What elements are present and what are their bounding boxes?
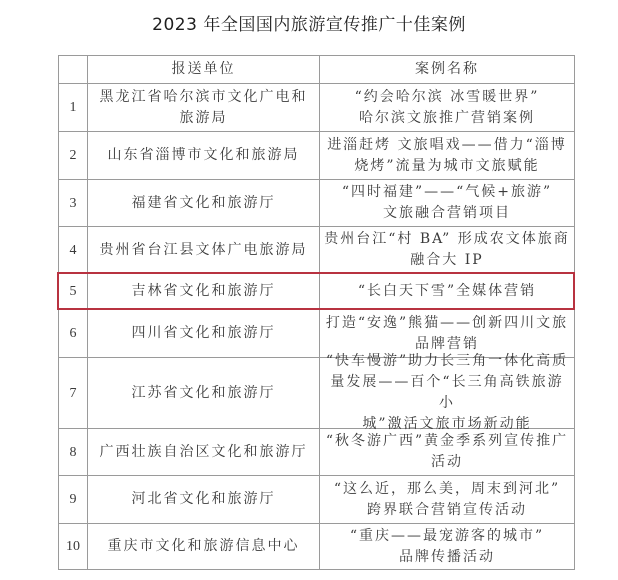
unit-text: 吉林省文化和旅游厅 [132,281,276,302]
row-unit: 河北省文化和旅游厅 [88,476,320,523]
case-line: 哈尔滨文旅推广营销案例 [359,108,535,129]
row-case: “这么近，那么美，周末到河北” 跨界联合营销宣传活动 [320,476,574,523]
table-row-highlighted: 5 吉林省文化和旅游厅 “长白天下雪”全媒体营销 [59,274,574,310]
unit-text: 广西壮族自治区文化和旅游厅 [100,442,308,463]
row-unit: 吉林省文化和旅游厅 [88,274,320,309]
row-unit: 四川省文化和旅游厅 [88,310,320,357]
header-num [59,56,88,83]
header-case: 案例名称 [320,56,574,83]
row-case: 进淄赶烤 文旅唱戏——借力“淄博 烧烤”流量为城市文旅赋能 [320,132,574,179]
row-case: 打造“安逸”熊猫——创新四川文旅 品牌营销 [320,310,574,357]
unit-text: 河北省文化和旅游厅 [132,489,276,510]
row-num: 3 [59,180,88,226]
row-num: 8 [59,429,88,475]
row-num: 1 [59,84,88,131]
case-line: “快车慢游”助力长三角一体化高质 [326,351,568,372]
row-case: 贵州台江“村 BA” 形成农文体旅商 融合大 IP [320,227,574,273]
table-row: 1 黑龙江省哈尔滨市文化广电和旅游局 “约会哈尔滨 冰雪暖世界” 哈尔滨文旅推广… [59,84,574,132]
table-row: 2 山东省淄博市文化和旅游局 进淄赶烤 文旅唱戏——借力“淄博 烧烤”流量为城市… [59,132,574,180]
row-num: 2 [59,132,88,179]
page-title: 2023 年全国国内旅游宣传推广十佳案例 [0,10,618,35]
unit-text: 重庆市文化和旅游信息中心 [108,536,300,557]
case-line: 贵州台江“村 BA” 形成农文体旅商 [324,229,570,250]
case-line: “秋冬游广西”黄金季系列宣传推广 [326,431,568,452]
row-case: “长白天下雪”全媒体营销 [320,274,574,309]
case-line: “约会哈尔滨 冰雪暖世界” [355,87,540,108]
cases-table: 报送单位 案例名称 1 黑龙江省哈尔滨市文化广电和旅游局 “约会哈尔滨 冰雪暖世… [58,55,575,570]
row-num: 5 [59,274,88,309]
case-line: 文旅融合营销项目 [383,203,511,224]
row-num: 9 [59,476,88,523]
row-case: “约会哈尔滨 冰雪暖世界” 哈尔滨文旅推广营销案例 [320,84,574,131]
case-line: 品牌传播活动 [399,547,495,568]
table-row: 3 福建省文化和旅游厅 “四时福建”——“气候+旅游” 文旅融合营销项目 [59,180,574,227]
row-unit: 江苏省文化和旅游厅 [88,358,320,428]
row-unit: 贵州省台江县文体广电旅游局 [88,227,320,273]
row-unit: 山东省淄博市文化和旅游局 [88,132,320,179]
case-line: “重庆——最宠游客的城市” [350,526,544,547]
row-num: 10 [59,524,88,569]
row-case: “四时福建”——“气候+旅游” 文旅融合营销项目 [320,180,574,226]
case-line: 烧烤”流量为城市文旅赋能 [354,156,539,177]
unit-text: 四川省文化和旅游厅 [132,323,276,344]
table-row: 9 河北省文化和旅游厅 “这么近，那么美，周末到河北” 跨界联合营销宣传活动 [59,476,574,524]
unit-text: 江苏省文化和旅游厅 [132,383,276,404]
unit-text: 贵州省台江县文体广电旅游局 [100,240,308,261]
case-line: 打造“安逸”熊猫——创新四川文旅 [326,313,568,334]
case-line: “长白天下雪”全媒体营销 [358,281,536,302]
row-unit: 黑龙江省哈尔滨市文化广电和旅游局 [88,84,320,131]
case-line: 融合大 IP [410,250,483,271]
row-unit: 广西壮族自治区文化和旅游厅 [88,429,320,475]
case-line: 量发展——百个“长三角高铁旅游小 [324,372,570,414]
row-case: “快车慢游”助力长三角一体化高质 量发展——百个“长三角高铁旅游小 城”激活文旅… [320,358,574,428]
row-num: 4 [59,227,88,273]
table-row: 4 贵州省台江县文体广电旅游局 贵州台江“村 BA” 形成农文体旅商 融合大 I… [59,227,574,274]
row-unit: 福建省文化和旅游厅 [88,180,320,226]
row-case: “秋冬游广西”黄金季系列宣传推广 活动 [320,429,574,475]
row-case: “重庆——最宠游客的城市” 品牌传播活动 [320,524,574,569]
unit-text: 山东省淄博市文化和旅游局 [108,145,300,166]
case-line: 进淄赶烤 文旅唱戏——借力“淄博 [327,135,567,156]
case-line: “这么近，那么美，周末到河北” [334,479,560,500]
table-row: 10 重庆市文化和旅游信息中心 “重庆——最宠游客的城市” 品牌传播活动 [59,524,574,569]
row-num: 7 [59,358,88,428]
case-line: “四时福建”——“气候+旅游” [342,182,552,203]
row-num: 6 [59,310,88,357]
table-header-row: 报送单位 案例名称 [59,56,574,84]
table-row: 7 江苏省文化和旅游厅 “快车慢游”助力长三角一体化高质 量发展——百个“长三角… [59,358,574,429]
table-row: 8 广西壮族自治区文化和旅游厅 “秋冬游广西”黄金季系列宣传推广 活动 [59,429,574,476]
header-unit: 报送单位 [88,56,320,83]
unit-text: 福建省文化和旅游厅 [132,193,276,214]
unit-text: 黑龙江省哈尔滨市文化广电和旅游局 [94,87,313,129]
row-unit: 重庆市文化和旅游信息中心 [88,524,320,569]
case-line: 活动 [431,452,463,473]
case-line: 跨界联合营销宣传活动 [367,500,527,521]
